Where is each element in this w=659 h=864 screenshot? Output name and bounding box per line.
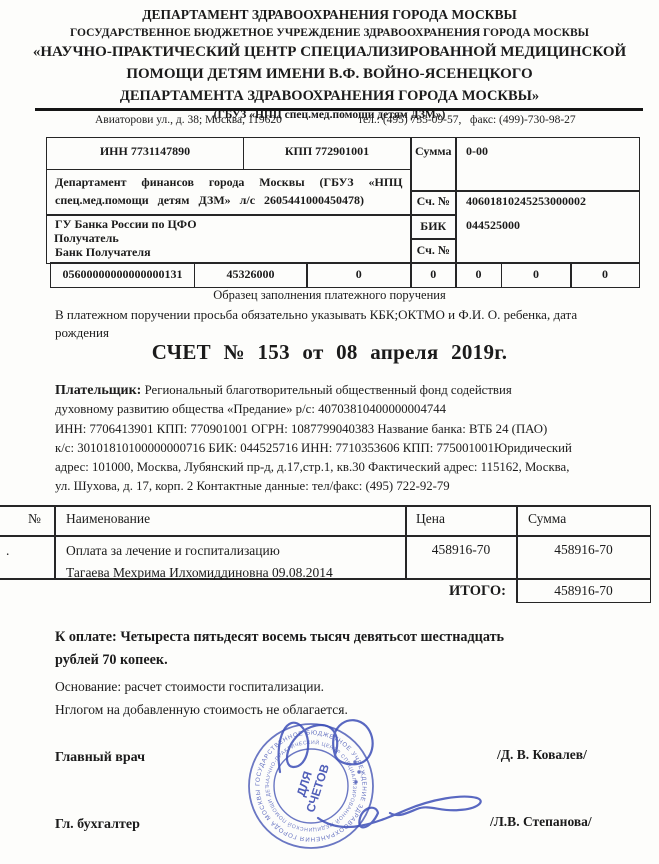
- amount-due-words: Четыреста пятьдесят восемь тысяч девятьс…: [120, 629, 504, 645]
- bik-label-cell: БИК: [410, 214, 457, 240]
- amount-due-line2: рублей 70 копеек.: [55, 649, 625, 672]
- account-values-cell: 40601810245253000002 044525000: [455, 190, 640, 264]
- table-border: [0, 505, 651, 507]
- total-label: ИТОГО:: [300, 583, 506, 600]
- bank-name: ГУ Банка России по ЦФО: [47, 215, 411, 234]
- item-name-line1: Оплата за лечение и госпитализацию: [66, 543, 280, 559]
- org-address: Авиаторови ул., д. 38; Москва, 119620: [95, 114, 282, 126]
- kbk-row-cell: 0: [306, 262, 412, 288]
- letterhead-line: «НАУЧНО-ПРАКТИЧЕСКИЙ ЦЕНТР СПЕЦИАЛИЗИРОВ…: [0, 43, 659, 62]
- account-label-cell: Сч. №: [410, 190, 457, 216]
- kpp-cell: КПП 772901001: [243, 137, 412, 170]
- bik-value: 044525000: [466, 218, 520, 233]
- payer-line: адрес: 101000, Москва, Лубянский пр-д, д…: [55, 458, 620, 477]
- col-header-sum: Сумма: [528, 511, 566, 527]
- inn-cell: ИНН 7731147890: [46, 137, 244, 170]
- accountant-name: /Л.В. Степанова/: [490, 814, 592, 830]
- recipient-org: Департамент финансов города Москвы (ГБУЗ…: [47, 170, 411, 210]
- payer-line: ул. Шухова, д. 17, корп. 2 Контактные да…: [55, 477, 620, 496]
- payment-note-line: В платежном поручении просьба обязательн…: [55, 306, 615, 324]
- payer-line: ИНН: 7706413901 КПП: 770901001 ОГРН: 108…: [55, 420, 620, 439]
- sum-label-cell: Сумма: [410, 137, 457, 192]
- kbk-row-cell: 0: [410, 262, 457, 288]
- col-header-name: Наименование: [66, 511, 150, 527]
- invoice-title: СЧЕТ № 153 от 08 апреля 2019г.: [0, 340, 659, 365]
- oktmo-cell: 45326000: [194, 262, 308, 288]
- account2-label-cell: Сч. №: [410, 238, 457, 264]
- table-border: [0, 535, 651, 537]
- accountant-label: Гл. бухгалтер: [55, 817, 140, 833]
- item-sum: 458916-70: [517, 542, 650, 558]
- col-header-no: №: [28, 511, 41, 527]
- amount-due-label: К оплате:: [55, 629, 117, 645]
- bank-label: Банк Получателя: [55, 245, 151, 260]
- letterhead: ДЕПАРТАМЕНТ ЗДРАВООХРАНЕНИЯ ГОРОДА МОСКВ…: [0, 7, 659, 122]
- items-table: № Наименование Цена Сумма . Оплата за ле…: [0, 505, 651, 603]
- stamp-ring-text-inner: НАУЧНО-ПРАКТИЧЕСКИЙ ЦЕНТР СПЕЦИАЛИЗИРОВА…: [226, 706, 357, 832]
- item-name-line2: Тагаева Мехрима Илхомиддиновна 09.08.201…: [66, 565, 333, 581]
- kbk-cell: 05600000000000000131: [50, 262, 195, 288]
- account-number: 40601810245253000002: [456, 191, 639, 209]
- bank-name-cell: ГУ Банка России по ЦФО Банк Получателя: [46, 214, 412, 264]
- sum-value-cell: 0-00: [455, 137, 640, 192]
- table-border: [54, 505, 56, 579]
- invoice-document: ДЕПАРТАМЕНТ ЗДРАВООХРАНЕНИЯ ГОРОДА МОСКВ…: [0, 0, 659, 864]
- payer-label: Плательщик:: [55, 383, 141, 398]
- payer-block: Плательщик: Региональный благотворительн…: [55, 381, 620, 497]
- chief-doctor-name: /Д. В. Ковалев/: [497, 747, 587, 763]
- kbk-row-cell: 0: [501, 262, 572, 288]
- letterhead-line: ДЕПАРТАМЕНТА ЗДРАВООХРАНЕНИЯ ГОРОДА МОСК…: [0, 87, 659, 105]
- letterhead-line: ДЕПАРТАМЕНТ ЗДРАВООХРАНЕНИЯ ГОРОДА МОСКВ…: [0, 7, 659, 24]
- item-price: 458916-70: [406, 542, 516, 558]
- sample-caption: Образец заполнения платежного поручения: [0, 288, 659, 303]
- chief-doctor-label: Главный врач: [55, 750, 145, 766]
- payer-line: Плательщик: Региональный благотворительн…: [55, 381, 620, 400]
- item-row-number: .: [6, 543, 9, 559]
- total-value: 458916-70: [517, 583, 650, 599]
- kbk-row-cell: 0: [455, 262, 502, 288]
- col-header-price: Цена: [416, 511, 445, 527]
- payer-line-text: Региональный благотворительный обществен…: [145, 383, 512, 397]
- payer-line: духовному развитию общества «Предание» р…: [55, 400, 620, 419]
- letterhead-line: ПОМОЩИ ДЕТЯМ ИМЕНИ В.Ф. ВОЙНО-ЯСЕНЕЦКОГО: [0, 65, 659, 84]
- payment-note: В платежном поручении просьба обязательн…: [55, 306, 615, 342]
- stamp: ГОСУДАРСТВЕННОЕ БЮДЖЕТНОЕ УЧРЕЖДЕНИЕ ЗДР…: [226, 706, 496, 864]
- header-divider: [35, 108, 643, 111]
- amount-due-line1: К оплате: Четыреста пятьдесят восемь тыс…: [55, 626, 625, 649]
- kbk-row-cell: 0: [570, 262, 640, 288]
- payer-line: к/с: 30101810100000000716 БИК: 044525716…: [55, 439, 620, 458]
- table-border: [516, 602, 651, 604]
- amount-due-block: К оплате: Четыреста пятьдесят восемь тыс…: [55, 626, 625, 672]
- bank-requisites-table: ИНН 7731147890 КПП 772901001 Сумма 0-00 …: [46, 137, 640, 288]
- recipient-cell: Департамент финансов города Москвы (ГБУЗ…: [46, 169, 412, 216]
- letterhead-line: ГОСУДАРСТВЕННОЕ БЮДЖЕТНОЕ УЧРЕЖДЕНИЕ ЗДР…: [0, 26, 659, 40]
- org-phone-fax: тел.: (495) 735-09-57, факс: (499)-730-9…: [358, 114, 576, 126]
- basis-line: Основание: расчет стоимости госпитализац…: [55, 679, 324, 695]
